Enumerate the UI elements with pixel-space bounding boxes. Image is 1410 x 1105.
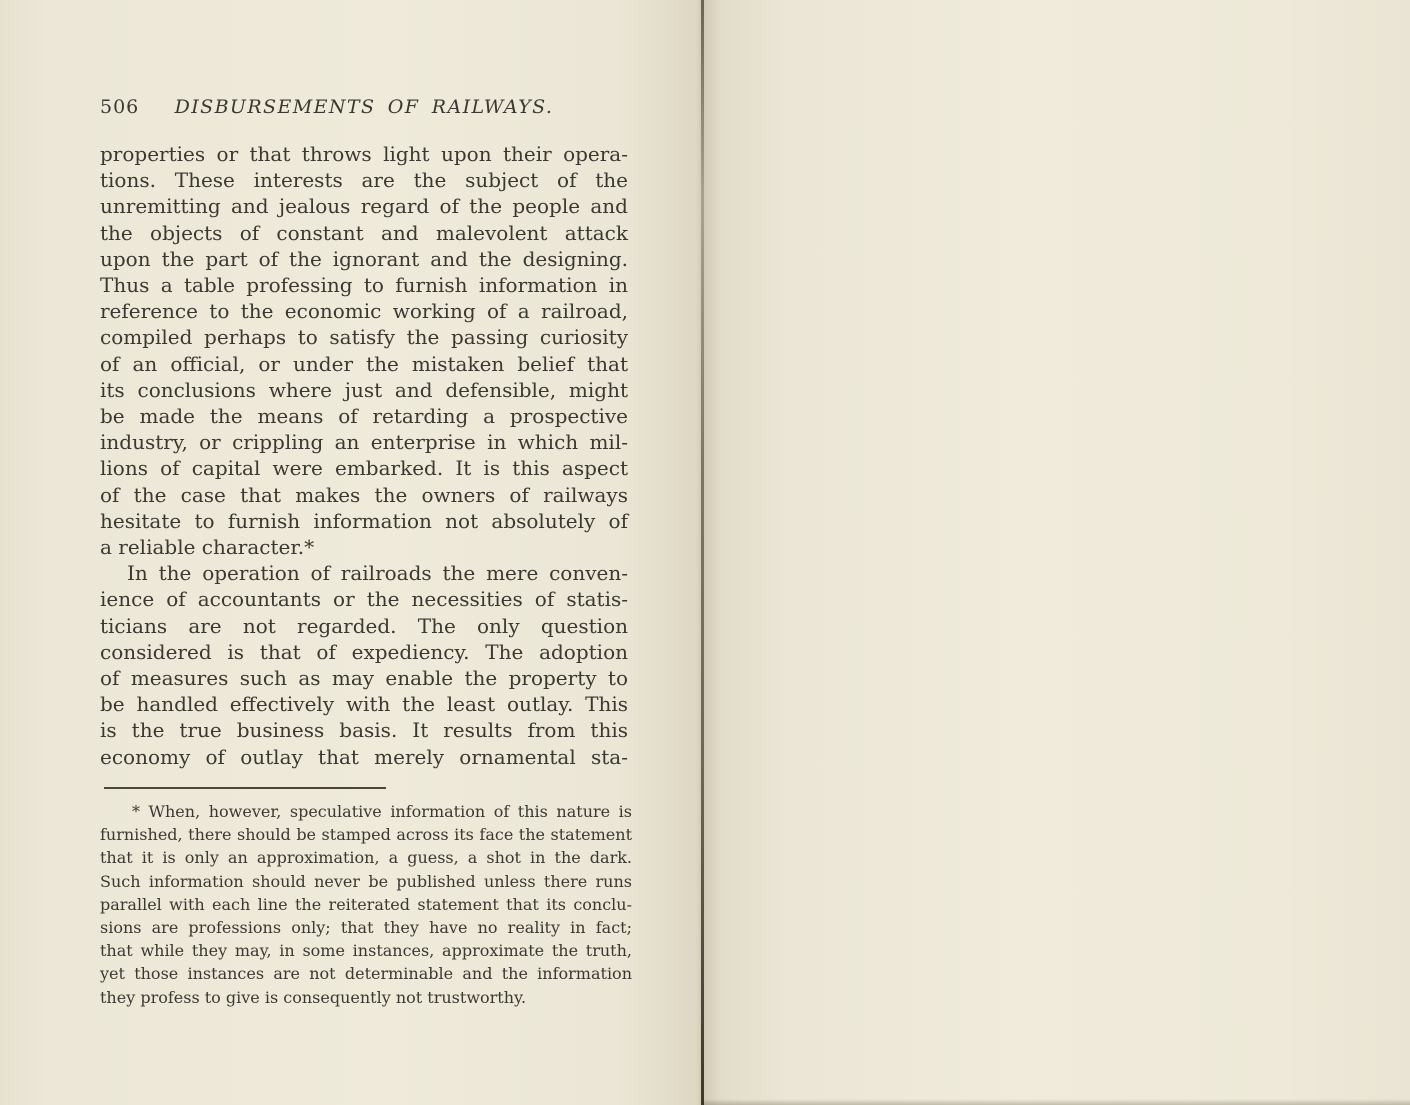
footnote-line: sions are professions only; that they ha… [100, 916, 632, 939]
text-line: tions. These interests are the subject o… [100, 167, 628, 193]
footnote-line: yet those instances are not determinable… [100, 962, 632, 985]
text-line: the objects of constant and malevolent a… [100, 220, 628, 246]
text-line: economy of outlay that merely ornamental… [100, 744, 628, 770]
text-line: ience of accountants or the necessities … [100, 586, 628, 612]
text-line: considered is that of expediency. The ad… [100, 639, 628, 665]
text-line: its conclusions where just and defensibl… [100, 377, 628, 403]
text-line: lions of capital were embarked. It is th… [100, 455, 628, 481]
left-page: 506 DISBURSEMENTS OF RAILWAYS. propertie… [0, 0, 703, 1105]
text-line: of an official, or under the mistaken be… [100, 351, 628, 377]
text-line: ticians are not regarded. The only quest… [100, 613, 628, 639]
text-line: properties or that throws light upon the… [100, 141, 628, 167]
footnote-line: they profess to give is consequently not… [100, 986, 632, 1009]
left-page-header: 506 DISBURSEMENTS OF RAILWAYS. [100, 96, 628, 124]
footnote-line: that while they may, in some instances, … [100, 939, 632, 962]
left-running-title: DISBURSEMENTS OF RAILWAYS. [175, 96, 554, 118]
text-line: unremitting and jealous regard of the pe… [100, 193, 628, 219]
footnote-line: that it is only an approximation, a gues… [100, 846, 632, 869]
text-line: upon the part of the ignorant and the de… [100, 246, 628, 272]
text-line: is the true business basis. It results f… [100, 717, 628, 743]
right-page: DIVISION OF OPERATING EXPENSES. 507 tist… [703, 0, 1410, 1105]
text-line: industry, or crippling an enterprise in … [100, 429, 628, 455]
book-spread: 506 DISBURSEMENTS OF RAILWAYS. propertie… [0, 0, 1410, 1105]
text-line: be handled effectively with the least ou… [100, 691, 628, 717]
text-line: reference to the economic working of a r… [100, 298, 628, 324]
left-page-number: 506 [100, 96, 139, 118]
book-gutter [701, 0, 704, 1105]
text-line: Thus a table professing to furnish infor… [100, 272, 628, 298]
footnote-divider [104, 787, 386, 789]
text-line: compiled perhaps to satisfy the passing … [100, 324, 628, 350]
footnote-line: Such information should never be publish… [100, 870, 632, 893]
footnote-text: * When, however, speculative information… [100, 800, 632, 1009]
text-line: be made the means of retarding a prospec… [100, 403, 628, 429]
footnote-line: furnished, there should be stamped acros… [100, 823, 632, 846]
footnote-line: * When, however, speculative information… [100, 800, 632, 823]
text-line: a reliable character.* [100, 534, 628, 560]
left-body-text: properties or that throws light upon the… [100, 141, 628, 770]
text-line: hesitate to furnish information not abso… [100, 508, 628, 534]
text-line: In the operation of railroads the mere c… [100, 560, 628, 586]
text-line: of the case that makes the owners of rai… [100, 482, 628, 508]
text-line: of measures such as may enable the prope… [100, 665, 628, 691]
footnote-line: parallel with each line the reiterated s… [100, 893, 632, 916]
